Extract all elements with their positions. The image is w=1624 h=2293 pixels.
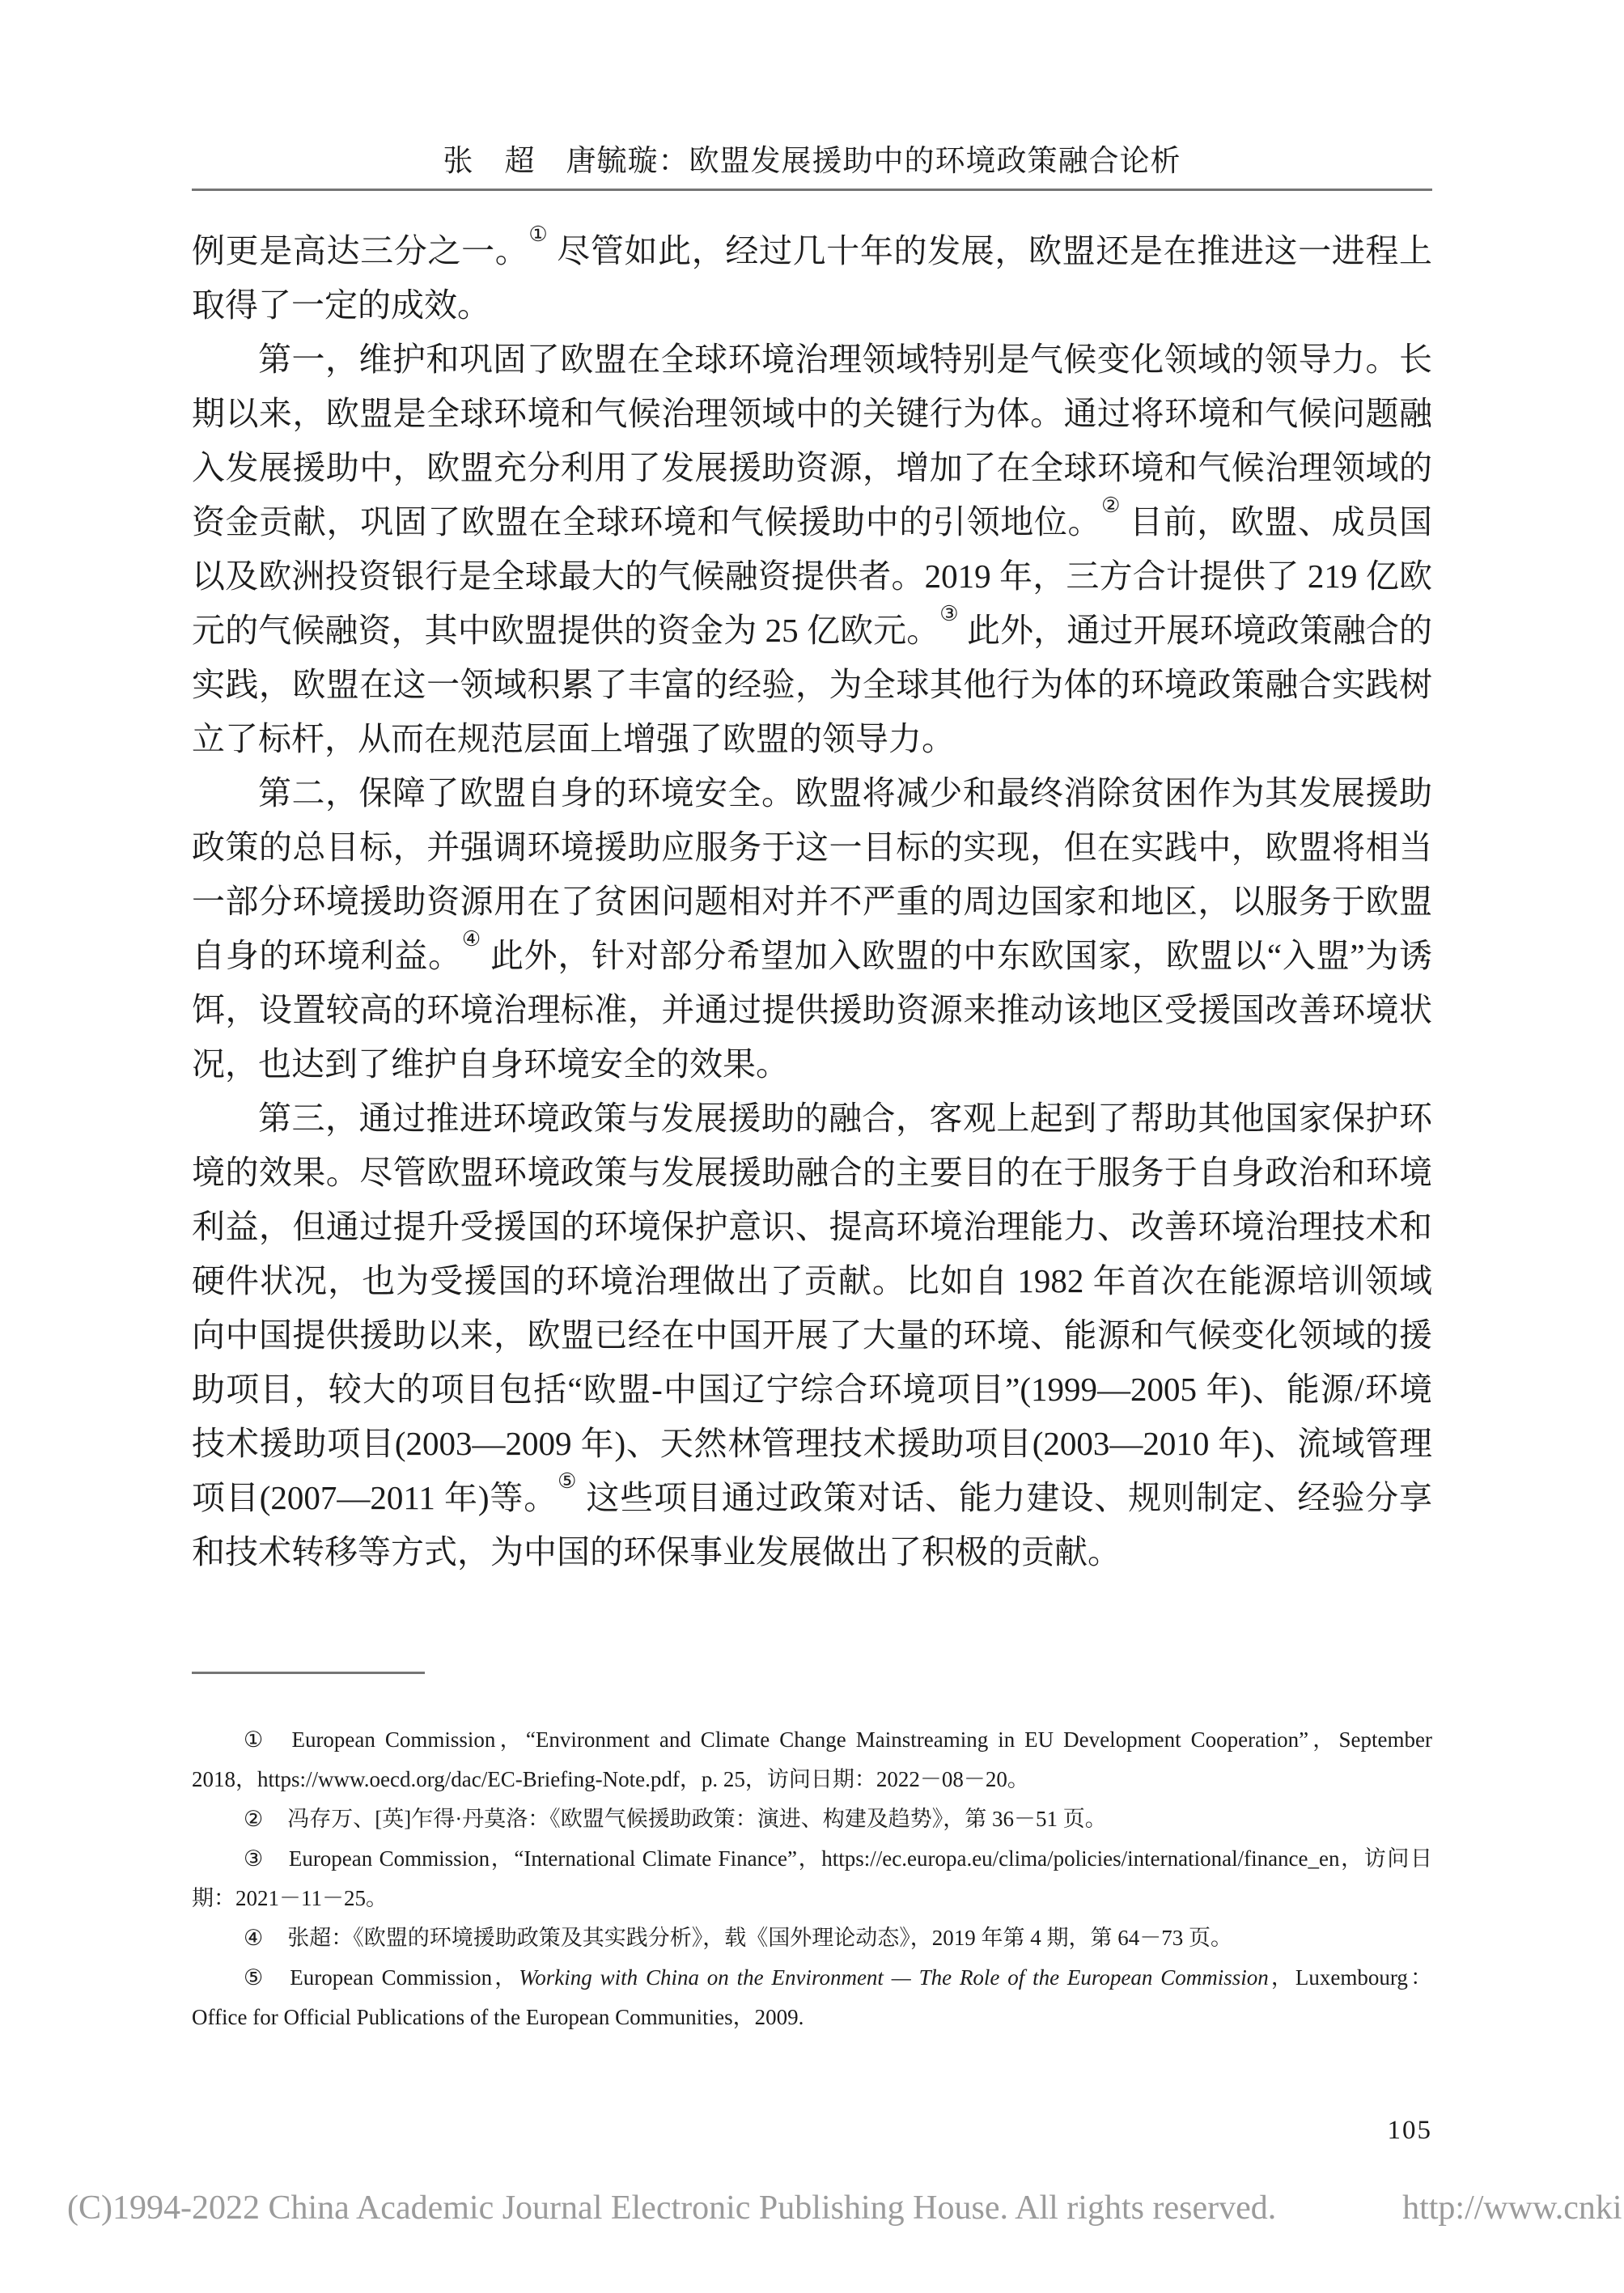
- footnote-marker: ⑤: [244, 1965, 265, 1990]
- article-body: 例更是高达三分之一。① 尽管如此，经过几十年的发展，欧盟还是在推进这一进程上取得…: [192, 224, 1432, 1579]
- footnote-ref: ②: [1101, 494, 1121, 517]
- footnote-text: European Commission，“Environment and Cli…: [192, 1727, 1432, 1791]
- footnote-ref: ⑤: [558, 1469, 577, 1493]
- body-paragraph: 第一，维护和巩固了欧盟在全球环境治理领域特别是气候变化领域的领导力。长期以来，欧…: [192, 333, 1432, 766]
- footnote: ②冯存万、[英]乍得·丹莫洛：《欧盟气候援助政策：演进、构建及趋势》，第 36－…: [192, 1799, 1432, 1839]
- footnote: ④张超：《欧盟的环境援助政策及其实践分析》，载《国外理论动态》，2019 年第 …: [192, 1918, 1432, 1958]
- footer-watermark: (C)1994-2022 China Academic Journal Elec…: [67, 2189, 1624, 2227]
- footnote-marker: ③: [244, 1846, 265, 1871]
- footnote-text-italic: Working with China on the Environment — …: [519, 1965, 1268, 1990]
- footnote-marker: ①: [244, 1727, 267, 1752]
- journal-page: 张 超 唐毓璇：欧盟发展援助中的环境政策融合论析 例更是高达三分之一。① 尽管如…: [0, 0, 1624, 2293]
- body-paragraph: 第二，保障了欧盟自身的环境安全。欧盟将减少和最终消除贫困作为其发展援助政策的总目…: [192, 766, 1432, 1091]
- footnote-text: 冯存万、[英]乍得·丹莫洛：《欧盟气候援助政策：演进、构建及趋势》，第 36－5…: [287, 1807, 1106, 1831]
- body-paragraph: 例更是高达三分之一。① 尽管如此，经过几十年的发展，欧盟还是在推进这一进程上取得…: [192, 224, 1432, 333]
- footnote-ref: ③: [939, 602, 958, 625]
- footnote-ref: ①: [528, 223, 548, 246]
- footnote: ①European Commission，“Environment and Cl…: [192, 1720, 1432, 1799]
- page-number: 105: [192, 2116, 1432, 2146]
- running-header-title: 张 超 唐毓璇：欧盟发展援助中的环境政策融合论析: [0, 136, 1624, 180]
- footnote: ⑤European Commission，Working with China …: [192, 1958, 1432, 2037]
- footnote-marker: ②: [244, 1807, 263, 1831]
- footnote-marker: ④: [244, 1926, 263, 1950]
- footnotes: ①European Commission，“Environment and Cl…: [192, 1720, 1432, 2037]
- footnote-text: European Commission，“International Clima…: [192, 1846, 1432, 1910]
- footnote-text: European Commission，: [290, 1965, 519, 1990]
- footer-url: http://www.cnki.: [1402, 2189, 1624, 2227]
- footnote-text: 张超：《欧盟的环境援助政策及其实践分析》，载《国外理论动态》，2019 年第 4…: [287, 1926, 1232, 1950]
- header-rule: [192, 189, 1432, 191]
- footnote-separator: [192, 1672, 425, 1674]
- footnote-ref: ④: [462, 927, 481, 951]
- body-paragraph: 第三，通过推进环境政策与发展援助的融合，客观上起到了帮助其他国家保护环境的效果。…: [192, 1091, 1432, 1579]
- footnote: ③European Commission，“International Clim…: [192, 1839, 1432, 1918]
- footer-copyright: (C)1994-2022 China Academic Journal Elec…: [67, 2189, 1276, 2227]
